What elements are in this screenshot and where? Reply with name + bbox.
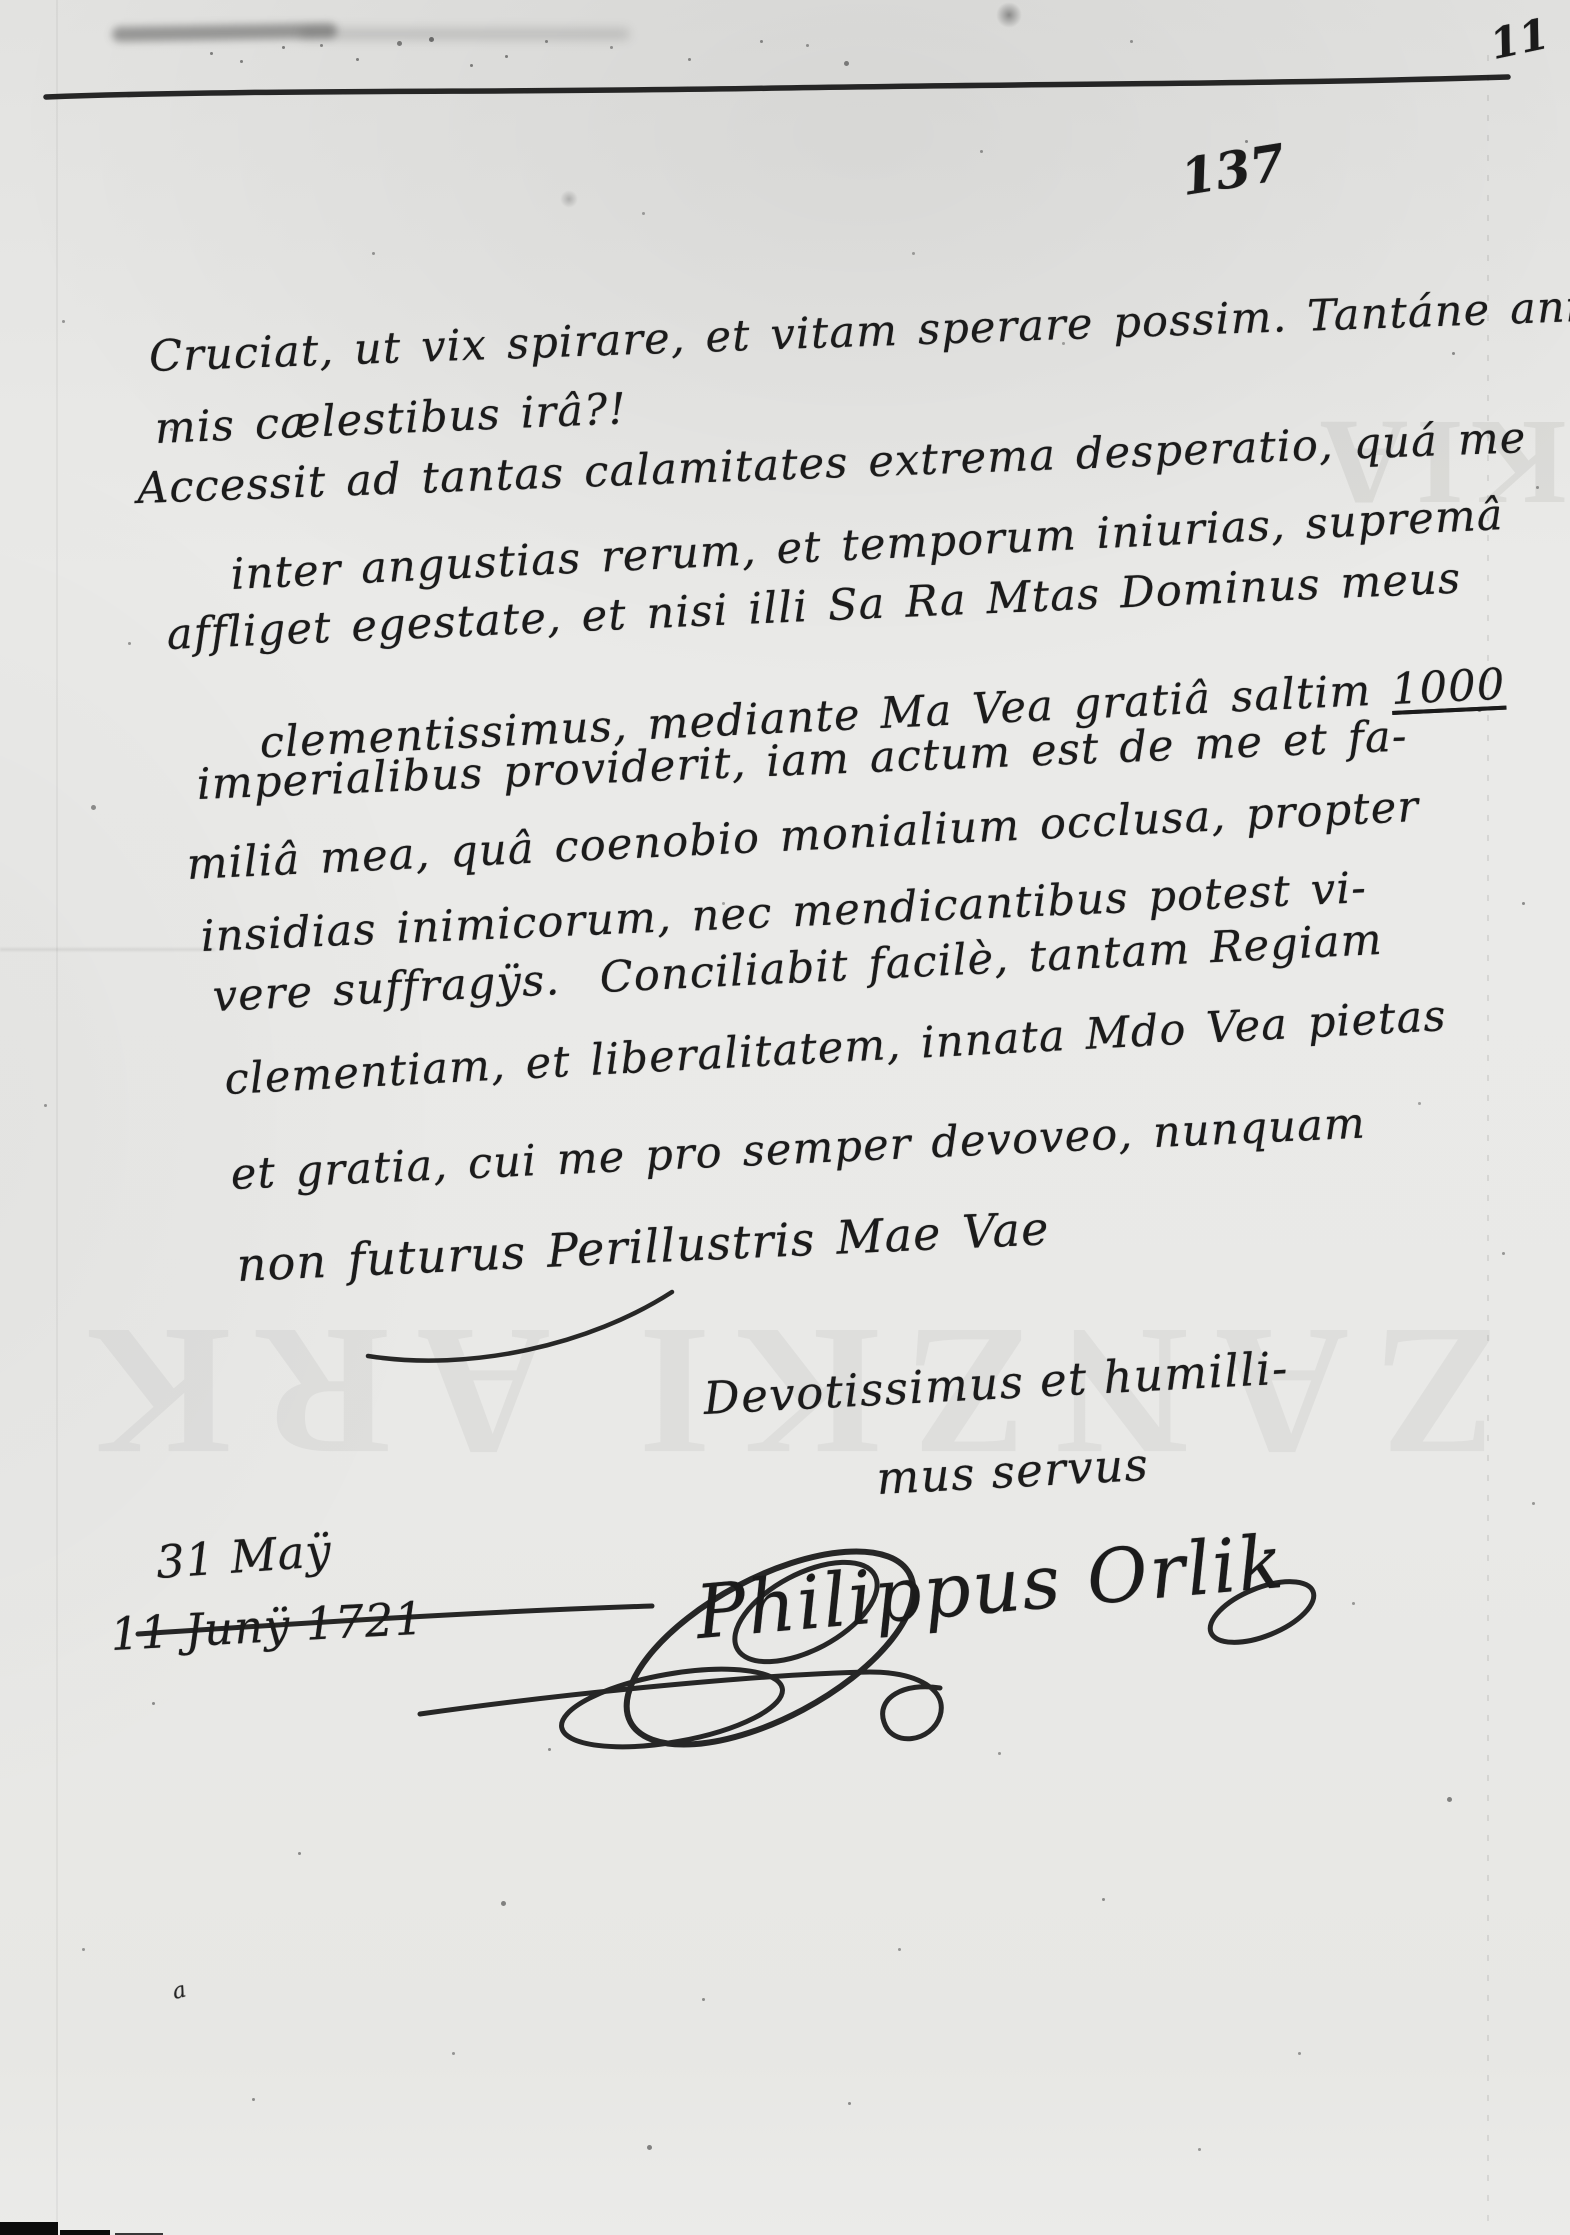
closing-line-2: mus servus [875, 1438, 1150, 1505]
archive-page-number: 137 [1177, 132, 1289, 207]
date-line-2: 11 Junÿ 1721 [109, 1592, 425, 1661]
body-line-12: et gratia, cui me pro semper devoveo, nu… [230, 1099, 1367, 1200]
folio-number: 11 [1486, 9, 1553, 69]
underlined-amount: 1000 [1390, 660, 1506, 715]
vertical-fold-line-left [56, 0, 58, 2235]
paper-stain [996, 2, 1022, 28]
signature-loop-tail [556, 1655, 788, 1761]
body-line-2: mis cælestibus irâ?! [154, 384, 628, 454]
perillustris-swash [368, 1292, 672, 1361]
body-line-13: non futurus Perillustris Mae Vae [236, 1201, 1051, 1292]
closing-line-1: Devotissimus et humilli- [702, 1341, 1290, 1425]
horizontal-fold-crease [0, 948, 215, 951]
signature: Philippus Orlik [693, 1519, 1289, 1656]
date-line-1: 31 Maÿ [154, 1524, 333, 1589]
body-line-1: Cruciat, ut vix spirare, et vitam sperar… [148, 281, 1570, 382]
dust-speckles [0, 0, 3, 3]
scanned-letter-page: KIA ZANZKI ARK 11 137 Cruciat, ut vix sp… [0, 0, 1570, 2235]
date-flourish-underline [420, 1672, 941, 1739]
top-ink-smudge-tail [300, 28, 630, 40]
vertical-fold-line-right [1487, 55, 1489, 2235]
bottom-left-scan-mark [0, 2222, 58, 2235]
marginal-mark: a [170, 1978, 189, 2005]
paper-stain-small [560, 190, 578, 208]
top-rule-line [46, 77, 1508, 97]
